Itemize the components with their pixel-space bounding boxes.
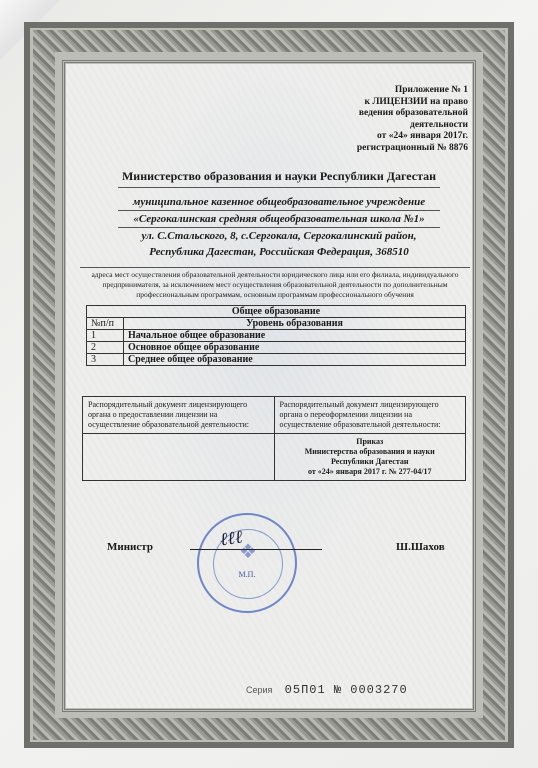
signature-line [190, 549, 322, 550]
table-row: 2 Основное общее образование [87, 342, 466, 354]
institution-block: муниципальное казенное общеобразовательн… [118, 194, 440, 260]
orders-table: Распорядительный документ лицензирующего… [82, 396, 466, 481]
row-level: Начальное общее образование [124, 330, 466, 342]
reissue-order-value: Приказ Министерства образования и науки … [274, 434, 466, 481]
row-number: 2 [87, 342, 124, 354]
appendix-line: к ЛИЦЕНЗИИ на право [308, 97, 468, 109]
row-level: Среднее общее образование [124, 354, 466, 366]
signatory-name: Ш.Шахов [396, 541, 445, 553]
series-code: 05П01 № 0003270 [285, 683, 408, 697]
ministry-title: Министерство образования и науки Республ… [118, 169, 440, 188]
appendix-line: от «24» января 2017г. [308, 131, 468, 143]
official-seal: ❖ М.П. [197, 513, 297, 613]
institution-name: «Сергокалинская средняя общеобразователь… [118, 211, 440, 228]
order-line: от «24» января 2017 г. № 277-04/17 [280, 467, 461, 477]
address-note: адреса мест осуществления образовательно… [80, 267, 470, 300]
institution-type: муниципальное казенное общеобразовательн… [118, 194, 440, 211]
appendix-header: Приложение № 1 к ЛИЦЕНЗИИ на право веден… [308, 85, 468, 155]
order-line: Республики Дагестан [280, 457, 461, 467]
grant-order-value [83, 434, 275, 481]
column-header-level: Уровень образования [124, 318, 466, 330]
column-header-number: №п/п [87, 318, 124, 330]
education-levels-table: Общее образование №п/п Уровень образован… [86, 305, 466, 366]
series-label: Серия [246, 685, 272, 695]
appendix-line: деятельности [308, 120, 468, 132]
row-level: Основное общее образование [124, 342, 466, 354]
series-number: Серия 05П01 № 0003270 [246, 683, 408, 697]
appendix-line: регистрационный № 8876 [308, 143, 468, 155]
seal-label: М.П. [199, 570, 295, 579]
grant-order-header: Распорядительный документ лицензирующего… [83, 397, 275, 434]
table-row: 1 Начальное общее образование [87, 330, 466, 342]
order-line: Приказ [280, 437, 461, 447]
handwritten-signature: ℓℓℓ [219, 527, 244, 551]
institution-address-line1: ул. С.Стальского, 8, с.Сергокала, Сергок… [118, 228, 440, 244]
row-number: 1 [87, 330, 124, 342]
signatory-position: Министр [107, 541, 153, 553]
appendix-line: ведения образовательной [308, 108, 468, 120]
table-row: 3 Среднее общее образование [87, 354, 466, 366]
institution-address-line2: Республика Дагестан, Российская Федераци… [118, 244, 440, 260]
order-line: Министерства образования и науки [280, 447, 461, 457]
license-page: Приложение № 1 к ЛИЦЕНЗИИ на право веден… [0, 0, 538, 768]
document-body-background [66, 64, 472, 708]
table-title: Общее образование [87, 306, 466, 318]
reissue-order-header: Распорядительный документ лицензирующего… [274, 397, 466, 434]
row-number: 3 [87, 354, 124, 366]
appendix-line: Приложение № 1 [308, 85, 468, 97]
